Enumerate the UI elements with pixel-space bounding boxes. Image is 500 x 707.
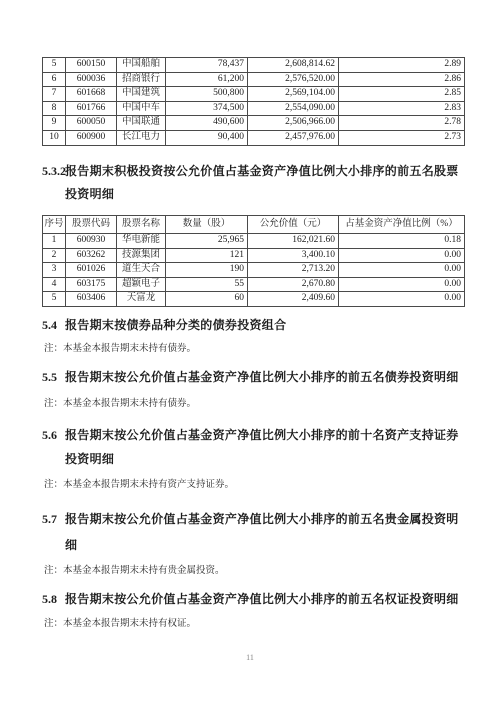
column-header: 公允价值（元） xyxy=(248,216,339,234)
table-row: 5600150中国船舶78,4372,608,814.622.89 xyxy=(43,58,465,73)
section-number: 5.6 xyxy=(42,428,65,442)
table-cell: 长江电力 xyxy=(117,130,166,145)
active-top5-stocks-table: 序号股票代码股票名称数量（股）公允价值（元）占基金资产净值比例（%） 16009… xyxy=(42,215,465,307)
section-5-7-note: 注：本基金本报告期末未持有贵金属投资。 xyxy=(44,565,225,577)
column-header: 数量（股） xyxy=(166,216,248,234)
section-5-6-note: 注：本基金本报告期末未持有资产支持证券。 xyxy=(44,479,234,491)
table-cell: 天富龙 xyxy=(117,292,166,307)
section-number: 5.8 xyxy=(42,592,65,606)
table-cell: 500,800 xyxy=(166,87,248,102)
table-row: 10600900长江电力90,4002,457,976.002.73 xyxy=(43,130,465,145)
section-number: 5.5 xyxy=(42,370,65,384)
section-title: 报告期末积极投资按公允价值占基金资产净值比例大小排序的前五名股票 xyxy=(65,164,459,178)
table-cell: 2.83 xyxy=(339,101,465,116)
table-cell: 2,409.60 xyxy=(248,292,339,307)
table-cell: 601668 xyxy=(66,87,117,102)
table-cell: 0.00 xyxy=(339,292,465,307)
section-number: 5.4 xyxy=(42,318,65,332)
table-cell: 601026 xyxy=(66,263,117,278)
column-header: 序号 xyxy=(43,216,66,234)
table-cell: 2.78 xyxy=(339,116,465,131)
section-5-4-heading: 5.4报告期末按债券品种分类的债券投资组合 xyxy=(42,318,286,332)
table-cell: 华电新能 xyxy=(117,234,166,249)
table-cell: 2,569,104.00 xyxy=(248,87,339,102)
table-cell: 中国中车 xyxy=(117,101,166,116)
table-cell: 600930 xyxy=(66,234,117,249)
table-cell: 中国建筑 xyxy=(117,87,166,102)
table-cell: 600150 xyxy=(66,58,117,73)
table-cell: 2 xyxy=(43,248,66,263)
table-cell: 600050 xyxy=(66,116,117,131)
report-page: 5600150中国船舶78,4372,608,814.622.896600036… xyxy=(0,0,500,707)
section-5-7-heading: 5.7报告期末按公允价值占基金资产净值比例大小排序的前五名贵金属投资明 xyxy=(42,512,459,526)
table-cell: 601766 xyxy=(66,101,117,116)
table-cell: 超颖电子 xyxy=(117,277,166,292)
section-5-5-heading: 5.5报告期末按公允价值占基金资产净值比例大小排序的前五名债券投资明细 xyxy=(42,370,459,384)
table-cell: 2,713.20 xyxy=(248,263,339,278)
table-cell: 600036 xyxy=(66,72,117,87)
table-header-row: 序号股票代码股票名称数量（股）公允价值（元）占基金资产净值比例（%） xyxy=(43,216,465,234)
table-cell: 2,457,976.00 xyxy=(248,130,339,145)
table-cell: 0.00 xyxy=(339,277,465,292)
table-cell: 中国船舶 xyxy=(117,58,166,73)
table-cell: 2,608,814.62 xyxy=(248,58,339,73)
table-cell: 603406 xyxy=(66,292,117,307)
table-row: 7601668中国建筑500,8002,569,104.002.85 xyxy=(43,87,465,102)
table-cell: 10 xyxy=(43,130,66,145)
table-cell: 6 xyxy=(43,72,66,87)
section-number: 5.3.2 xyxy=(42,164,65,178)
table-cell: 61,200 xyxy=(166,72,248,87)
table-cell: 90,400 xyxy=(166,130,248,145)
section-5-7-heading-line2: 细 xyxy=(65,538,77,552)
section-5-8-heading: 5.8报告期末按公允价值占基金资产净值比例大小排序的前五名权证投资明细 xyxy=(42,592,459,606)
table-row: 1600930华电新能25,965162,021.600.18 xyxy=(43,234,465,249)
table-cell: 162,021.60 xyxy=(248,234,339,249)
table-cell: 8 xyxy=(43,101,66,116)
table-cell: 5 xyxy=(43,58,66,73)
table-cell: 0.18 xyxy=(339,234,465,249)
table-cell: 55 xyxy=(166,277,248,292)
table-cell: 490,600 xyxy=(166,116,248,131)
table-cell: 2.86 xyxy=(339,72,465,87)
table-cell: 技源集团 xyxy=(117,248,166,263)
section-5-3-2-heading-line2: 投资明细 xyxy=(65,187,114,201)
section-title: 报告期末按公允价值占基金资产净值比例大小排序的前五名贵金属投资明 xyxy=(65,512,459,526)
table-cell: 3 xyxy=(43,263,66,278)
table-cell: 190 xyxy=(166,263,248,278)
section-number: 5.7 xyxy=(42,512,65,526)
table-cell: 121 xyxy=(166,248,248,263)
table-cell: 2,554,090.00 xyxy=(248,101,339,116)
table-cell: 2,506,966.00 xyxy=(248,116,339,131)
table-cell: 5 xyxy=(43,292,66,307)
table-row: 9600050中国联通490,6002,506,966.002.78 xyxy=(43,116,465,131)
table-cell: 0.00 xyxy=(339,263,465,278)
table-cell: 60 xyxy=(166,292,248,307)
table-cell: 78,437 xyxy=(166,58,248,73)
column-header: 股票名称 xyxy=(117,216,166,234)
table-cell: 中国联通 xyxy=(117,116,166,131)
column-header: 占基金资产净值比例（%） xyxy=(339,216,465,234)
table-cell: 招商银行 xyxy=(117,72,166,87)
column-header: 股票代码 xyxy=(66,216,117,234)
table-cell: 9 xyxy=(43,116,66,131)
table-cell: 3,400.10 xyxy=(248,248,339,263)
section-title: 报告期末按公允价值占基金资产净值比例大小排序的前五名权证投资明细 xyxy=(65,592,459,606)
table-cell: 2.85 xyxy=(339,87,465,102)
table-cell: 1 xyxy=(43,234,66,249)
section-5-6-heading: 5.6报告期末按公允价值占基金资产净值比例大小排序的前十名资产支持证券 xyxy=(42,428,459,442)
section-5-4-note: 注：本基金本报告期末未持有债券。 xyxy=(44,343,196,355)
table-cell: 600900 xyxy=(66,130,117,145)
table-cell: 2,576,520.00 xyxy=(248,72,339,87)
table-cell: 7 xyxy=(43,87,66,102)
table-cell: 25,965 xyxy=(166,234,248,249)
table-cell: 603262 xyxy=(66,248,117,263)
section-5-5-note: 注：本基金本报告期末未持有债券。 xyxy=(44,398,196,410)
section-5-8-note: 注：本基金本报告期末未持有权证。 xyxy=(44,618,196,630)
table-row: 4603175超颖电子552,670.800.00 xyxy=(43,277,465,292)
table-row: 2603262技源集团1213,400.100.00 xyxy=(43,248,465,263)
section-title: 报告期末按公允价值占基金资产净值比例大小排序的前十名资产支持证券 xyxy=(65,428,459,442)
section-title: 报告期末按公允价值占基金资产净值比例大小排序的前五名债券投资明细 xyxy=(65,370,459,384)
section-5-6-heading-line2: 投资明细 xyxy=(65,452,114,466)
table-row: 6600036招商银行61,2002,576,520.002.86 xyxy=(43,72,465,87)
table-cell: 道生天合 xyxy=(117,263,166,278)
table-cell: 2.89 xyxy=(339,58,465,73)
table-cell: 0.00 xyxy=(339,248,465,263)
table-cell: 603175 xyxy=(66,277,117,292)
table-cell: 374,500 xyxy=(166,101,248,116)
section-5-3-2-heading: 5.3.2报告期末积极投资按公允价值占基金资产净值比例大小排序的前五名股票 xyxy=(42,164,459,178)
section-title: 报告期末按债券品种分类的债券投资组合 xyxy=(65,318,286,332)
top10-stocks-table-continued: 5600150中国船舶78,4372,608,814.622.896600036… xyxy=(42,57,465,146)
table-row: 5603406天富龙602,409.600.00 xyxy=(43,292,465,307)
table-cell: 4 xyxy=(43,277,66,292)
table-row: 8601766中国中车374,5002,554,090.002.83 xyxy=(43,101,465,116)
page-number: 11 xyxy=(0,653,500,662)
table-cell: 2.73 xyxy=(339,130,465,145)
table-row: 3601026道生天合1902,713.200.00 xyxy=(43,263,465,278)
table-cell: 2,670.80 xyxy=(248,277,339,292)
